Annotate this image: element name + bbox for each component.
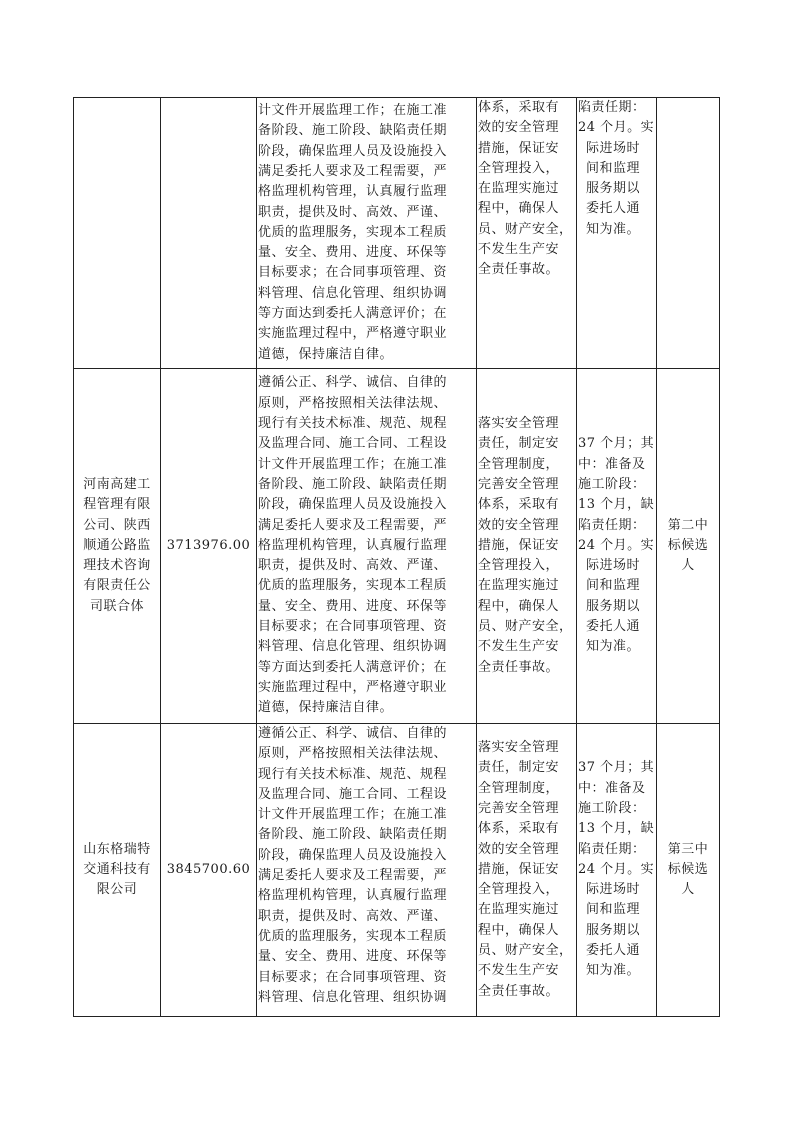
content-line: 备阶段、施工阶段、缺陷责任期 <box>258 121 475 141</box>
rank-cell <box>657 98 720 369</box>
safety-line: 程中，确保人 <box>478 921 575 941</box>
content-line: 满足委托人要求及工程需要，严 <box>258 162 475 182</box>
safety-line: 在监理实施过 <box>478 900 575 920</box>
period-line: 37 个月；其 <box>578 758 655 778</box>
table-row: 计文件开展监理工作；在施工准 备阶段、施工阶段、缺陷责任期 阶段，确保监理人员及… <box>74 98 720 369</box>
content-line: 遵循公正、科学、诚信、自律的 <box>258 373 475 393</box>
bidder-name-cell: 山东格瑞特 交通科技有 限公司 <box>74 724 161 1017</box>
bidder-name-cell: 河南高建工 程管理有限 公司、陕西 顺通公路监 理技术咨询 有限责任公 司联合体 <box>74 369 161 724</box>
safety-line: 措施，保证安 <box>478 860 575 880</box>
bidder-name-line: 司联合体 <box>75 597 159 617</box>
safety-line: 全管理制度， <box>478 455 575 475</box>
safety-line: 完善安全管理 <box>478 799 575 819</box>
rank-cell: 第二中 标候选 人 <box>657 369 720 724</box>
safety-line: 全责任事故。 <box>478 658 575 678</box>
safety-line: 在监理实施过 <box>478 576 575 596</box>
rank-line: 第三中 <box>658 840 718 860</box>
safety-target-cell: 落实安全管理 责任，制定安 全管理制度， 完善安全管理 体系，采取有 效的安全管… <box>477 369 577 724</box>
content-line: 阶段，确保监理人员及设施投入 <box>258 846 475 866</box>
content-line: 目标要求；在合同事项管理、资 <box>258 617 475 637</box>
period-line: 中：准备及 <box>578 455 655 475</box>
period-line: 37 个月；其 <box>578 434 655 454</box>
period-line: 知为准。 <box>578 961 655 981</box>
safety-line: 效的安全管理 <box>478 118 575 138</box>
service-period-cell: 37 个月；其 中：准备及 施工阶段： 13 个月，缺 陷责任期： 24 个月。… <box>577 724 657 1017</box>
content-line: 职责，提供及时、高效、严谨、 <box>258 556 475 576</box>
content-line: 格监理机构管理，认真履行监理 <box>258 886 475 906</box>
period-line: 13 个月，缺 <box>578 819 655 839</box>
bid-candidates-table: 计文件开展监理工作；在施工准 备阶段、施工阶段、缺陷责任期 阶段，确保监理人员及… <box>73 97 720 1017</box>
period-line: 际进场时 <box>578 139 655 159</box>
content-line: 现行有关技术标准、规范、规程 <box>258 414 475 434</box>
rank-line: 人 <box>658 880 718 900</box>
safety-line: 体系，采取有 <box>478 98 575 118</box>
safety-line: 效的安全管理 <box>478 516 575 536</box>
safety-line: 体系，采取有 <box>478 495 575 515</box>
bid-price-cell: 3713976.00 <box>161 369 257 724</box>
period-line: 间和监理 <box>578 576 655 596</box>
safety-line: 全管理投入， <box>478 880 575 900</box>
service-period-cell: 37 个月；其 中：准备及 施工阶段： 13 个月，缺 陷责任期： 24 个月。… <box>577 369 657 724</box>
content-line: 职责，提供及时、高效、严谨、 <box>258 203 475 223</box>
period-line: 际进场时 <box>578 880 655 900</box>
bidder-name-line: 公司、陕西 <box>75 516 159 536</box>
content-line: 满足委托人要求及工程需要，严 <box>258 866 475 886</box>
content-line: 目标要求；在合同事项管理、资 <box>258 263 475 283</box>
bidder-name-line: 限公司 <box>75 880 159 900</box>
content-line: 阶段，确保监理人员及设施投入 <box>258 142 475 162</box>
content-line: 等方面达到委托人满意评价；在 <box>258 658 475 678</box>
content-line: 备阶段、施工阶段、缺陷责任期 <box>258 475 475 495</box>
safety-line: 责任，制定安 <box>478 758 575 778</box>
content-line: 优质的监理服务，实现本工程质 <box>258 223 475 243</box>
period-line: 委托人通 <box>578 617 655 637</box>
safety-line: 程中，确保人 <box>478 597 575 617</box>
period-line: 知为准。 <box>578 637 655 657</box>
content-line: 计文件开展监理工作；在施工准 <box>258 455 475 475</box>
content-line: 实施监理过程中，严格遵守职业 <box>258 324 475 344</box>
content-line: 量、安全、费用、进度、环保等 <box>258 597 475 617</box>
table-row: 河南高建工 程管理有限 公司、陕西 顺通公路监 理技术咨询 有限责任公 司联合体… <box>74 369 720 724</box>
content-line: 格监理机构管理，认真履行监理 <box>258 182 475 202</box>
content-line: 计文件开展监理工作；在施工准 <box>258 101 475 121</box>
safety-line: 落实安全管理 <box>478 738 575 758</box>
period-line: 间和监理 <box>578 900 655 920</box>
period-line: 中：准备及 <box>578 779 655 799</box>
period-line: 间和监理 <box>578 159 655 179</box>
safety-line: 员、财产安全， <box>478 941 575 961</box>
safety-line: 不发生生产安 <box>478 961 575 981</box>
safety-line: 全管理投入， <box>478 556 575 576</box>
period-line: 施工阶段： <box>578 799 655 819</box>
safety-line: 全责任事故。 <box>478 260 575 280</box>
period-line: 施工阶段： <box>578 475 655 495</box>
supervision-content-cell: 遵循公正、科学、诚信、自律的 原则，严格按照相关法律法规、 现行有关技术标准、规… <box>257 724 477 1017</box>
rank-line: 人 <box>658 556 718 576</box>
period-line: 13 个月，缺 <box>578 495 655 515</box>
safety-line: 效的安全管理 <box>478 840 575 860</box>
period-line: 服务期以 <box>578 921 655 941</box>
period-line: 陷责任期： <box>578 840 655 860</box>
safety-line: 体系，采取有 <box>478 819 575 839</box>
safety-line: 完善安全管理 <box>478 475 575 495</box>
content-line: 量、安全、费用、进度、环保等 <box>258 243 475 263</box>
period-line: 服务期以 <box>578 179 655 199</box>
content-line: 优质的监理服务，实现本工程质 <box>258 927 475 947</box>
content-line: 道德，保持廉洁自律。 <box>258 698 475 718</box>
bidder-name-line: 山东格瑞特 <box>75 840 159 860</box>
safety-target-cell: 体系，采取有 效的安全管理 措施，保证安 全管理投入， 在监理实施过 程中，确保… <box>477 98 577 369</box>
supervision-content-cell: 计文件开展监理工作；在施工准 备阶段、施工阶段、缺陷责任期 阶段，确保监理人员及… <box>257 98 477 369</box>
rank-cell: 第三中 标候选 人 <box>657 724 720 1017</box>
safety-line: 员、财产安全， <box>478 220 575 240</box>
period-line: 24 个月。实 <box>578 536 655 556</box>
safety-target-cell: 落实安全管理 责任，制定安 全管理制度， 完善安全管理 体系，采取有 效的安全管… <box>477 724 577 1017</box>
content-line: 计文件开展监理工作；在施工准 <box>258 805 475 825</box>
safety-line: 员、财产安全， <box>478 617 575 637</box>
bid-price-cell <box>161 98 257 369</box>
rank-line: 标候选 <box>658 860 718 880</box>
content-line: 格监理机构管理，认真履行监理 <box>258 536 475 556</box>
bidder-name-line: 理技术咨询 <box>75 556 159 576</box>
content-line: 阶段，确保监理人员及设施投入 <box>258 495 475 515</box>
bidder-name-line: 程管理有限 <box>75 495 159 515</box>
content-line: 及监理合同、施工合同、工程设 <box>258 434 475 454</box>
safety-line: 措施，保证安 <box>478 139 575 159</box>
safety-line: 程中，确保人 <box>478 199 575 219</box>
content-line: 道德，保持廉洁自律。 <box>258 345 475 365</box>
service-period-cell: 陷责任期： 24 个月。实 际进场时 间和监理 服务期以 委托人通 知为准。 <box>577 98 657 369</box>
content-line: 实施监理过程中，严格遵守职业 <box>258 678 475 698</box>
content-line: 及监理合同、施工合同、工程设 <box>258 785 475 805</box>
rank-line: 第二中 <box>658 516 718 536</box>
bidder-name-line: 顺通公路监 <box>75 536 159 556</box>
content-line: 目标要求；在合同事项管理、资 <box>258 968 475 988</box>
content-line: 备阶段、施工阶段、缺陷责任期 <box>258 825 475 845</box>
bidder-name-line: 有限责任公 <box>75 576 159 596</box>
content-line: 量、安全、费用、进度、环保等 <box>258 947 475 967</box>
bid-price-cell: 3845700.60 <box>161 724 257 1017</box>
content-line: 等方面达到委托人满意评价；在 <box>258 304 475 324</box>
period-line: 24 个月。实 <box>578 118 655 138</box>
safety-line: 措施，保证安 <box>478 536 575 556</box>
period-line: 服务期以 <box>578 597 655 617</box>
content-line: 料管理、信息化管理、组织协调 <box>258 637 475 657</box>
content-line: 遵循公正、科学、诚信、自律的 <box>258 724 475 744</box>
content-line: 原则，严格按照相关法律法规、 <box>258 394 475 414</box>
safety-line: 全责任事故。 <box>478 982 575 1002</box>
content-line: 料管理、信息化管理、组织协调 <box>258 988 475 1008</box>
safety-line: 不发生生产安 <box>478 637 575 657</box>
period-line: 委托人通 <box>578 199 655 219</box>
period-line: 陷责任期： <box>578 98 655 118</box>
content-line: 料管理、信息化管理、组织协调 <box>258 284 475 304</box>
bidder-name-line: 河南高建工 <box>75 475 159 495</box>
content-line: 现行有关技术标准、规范、规程 <box>258 765 475 785</box>
period-line: 委托人通 <box>578 941 655 961</box>
period-line: 陷责任期： <box>578 516 655 536</box>
content-line: 优质的监理服务，实现本工程质 <box>258 576 475 596</box>
content-line: 职责，提供及时、高效、严谨、 <box>258 907 475 927</box>
content-line: 满足委托人要求及工程需要，严 <box>258 516 475 536</box>
safety-line: 在监理实施过 <box>478 179 575 199</box>
safety-line: 落实安全管理 <box>478 414 575 434</box>
bidder-name-line: 交通科技有 <box>75 860 159 880</box>
safety-line: 全管理制度， <box>478 779 575 799</box>
table-row: 山东格瑞特 交通科技有 限公司 3845700.60 遵循公正、科学、诚信、自律… <box>74 724 720 1017</box>
safety-line: 不发生生产安 <box>478 240 575 260</box>
safety-line: 全管理投入， <box>478 159 575 179</box>
period-line: 24 个月。实 <box>578 860 655 880</box>
bidder-name-cell <box>74 98 161 369</box>
supervision-content-cell: 遵循公正、科学、诚信、自律的 原则，严格按照相关法律法规、 现行有关技术标准、规… <box>257 369 477 724</box>
period-line: 知为准。 <box>578 220 655 240</box>
content-line: 原则，严格按照相关法律法规、 <box>258 744 475 764</box>
safety-line: 责任，制定安 <box>478 434 575 454</box>
rank-line: 标候选 <box>658 536 718 556</box>
period-line: 际进场时 <box>578 556 655 576</box>
